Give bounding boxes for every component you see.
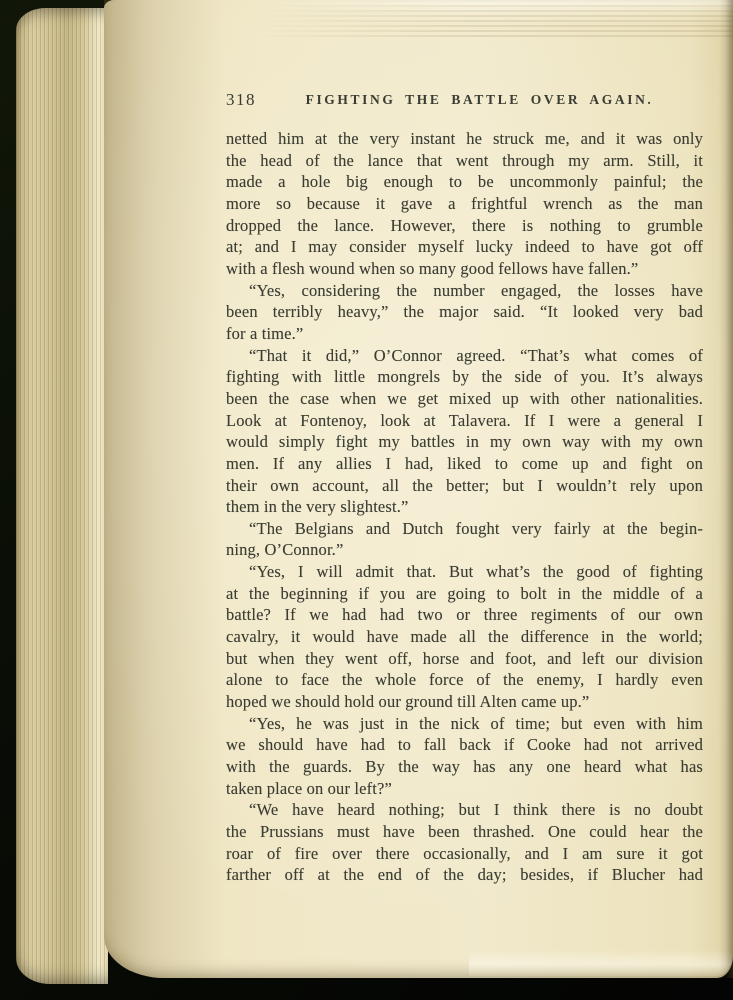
text-line: with a flesh wound when so many good fel… (226, 258, 703, 280)
text-line: them in the very slightest.” (226, 496, 703, 518)
printed-page-content: 318 FIGHTING THE BATTLE OVER AGAIN. nett… (226, 0, 703, 1000)
text-line: more so because it gave a frightful wren… (226, 193, 703, 215)
text-line: netted him at the very instant he struck… (226, 128, 703, 150)
text-line: we should have had to fall back if Cooke… (226, 734, 703, 756)
text-line: fighting with little mongrels by the sid… (226, 366, 703, 388)
text-line: for a time.” (226, 323, 703, 345)
text-line: the Prussians must have been thrashed. O… (226, 821, 703, 843)
text-block: netted him at the very instant he struck… (226, 128, 703, 886)
text-line: alone to face the whole force of the ene… (226, 669, 703, 691)
text-line: ning, O’Connor.” (226, 539, 703, 561)
text-line: the head of the lance that went through … (226, 150, 703, 172)
text-line: would simply fight my battles in my own … (226, 431, 703, 453)
text-line: dropped the lance. However, there is not… (226, 215, 703, 237)
text-line: been terribly heavy,” the major said. “I… (226, 301, 703, 323)
text-line: made a hole big enough to be uncommonly … (226, 171, 703, 193)
text-line: “Yes, I will admit that. But what’s the … (226, 561, 703, 583)
text-line: roar of fire over there occasionally, an… (226, 843, 703, 865)
book: 318 FIGHTING THE BATTLE OVER AGAIN. nett… (16, 0, 733, 978)
text-line: been the case when we get mixed up with … (226, 388, 703, 410)
text-line: hoped we should hold our ground till Alt… (226, 691, 703, 713)
text-line: cavalry, it would have made all the diff… (226, 626, 703, 648)
text-line: at the beginning if you are going to bol… (226, 583, 703, 605)
text-line: at; and I may consider myself lucky inde… (226, 236, 703, 258)
text-line: “We have heard nothing; but I think ther… (226, 799, 703, 821)
photo-background: 318 FIGHTING THE BATTLE OVER AGAIN. nett… (0, 0, 733, 1000)
text-line: with the guards. By the way has any one … (226, 756, 703, 778)
text-line: “Yes, considering the number engaged, th… (226, 280, 703, 302)
text-line: battle? If we had had two or three regim… (226, 604, 703, 626)
text-line: “That it did,” O’Connor agreed. “That’s … (226, 345, 703, 367)
text-line: “Yes, he was just in the nick of time; b… (226, 713, 703, 735)
book-left-page-edges (16, 8, 108, 984)
page-number: 318 (226, 90, 256, 110)
text-line: men. If any allies I had, liked to come … (226, 453, 703, 475)
text-line: farther off at the end of the day; besid… (226, 864, 703, 886)
text-line: taken place on our left?” (226, 778, 703, 800)
text-line: “The Belgians and Dutch fought very fair… (226, 518, 703, 540)
text-line: their own account, all the better; but I… (226, 475, 703, 497)
running-header: 318 FIGHTING THE BATTLE OVER AGAIN. (226, 90, 703, 114)
text-line: Look at Fontenoy, look at Talavera. If I… (226, 410, 703, 432)
text-line: but when they went off, horse and foot, … (226, 648, 703, 670)
running-head-title: FIGHTING THE BATTLE OVER AGAIN. (256, 92, 703, 108)
